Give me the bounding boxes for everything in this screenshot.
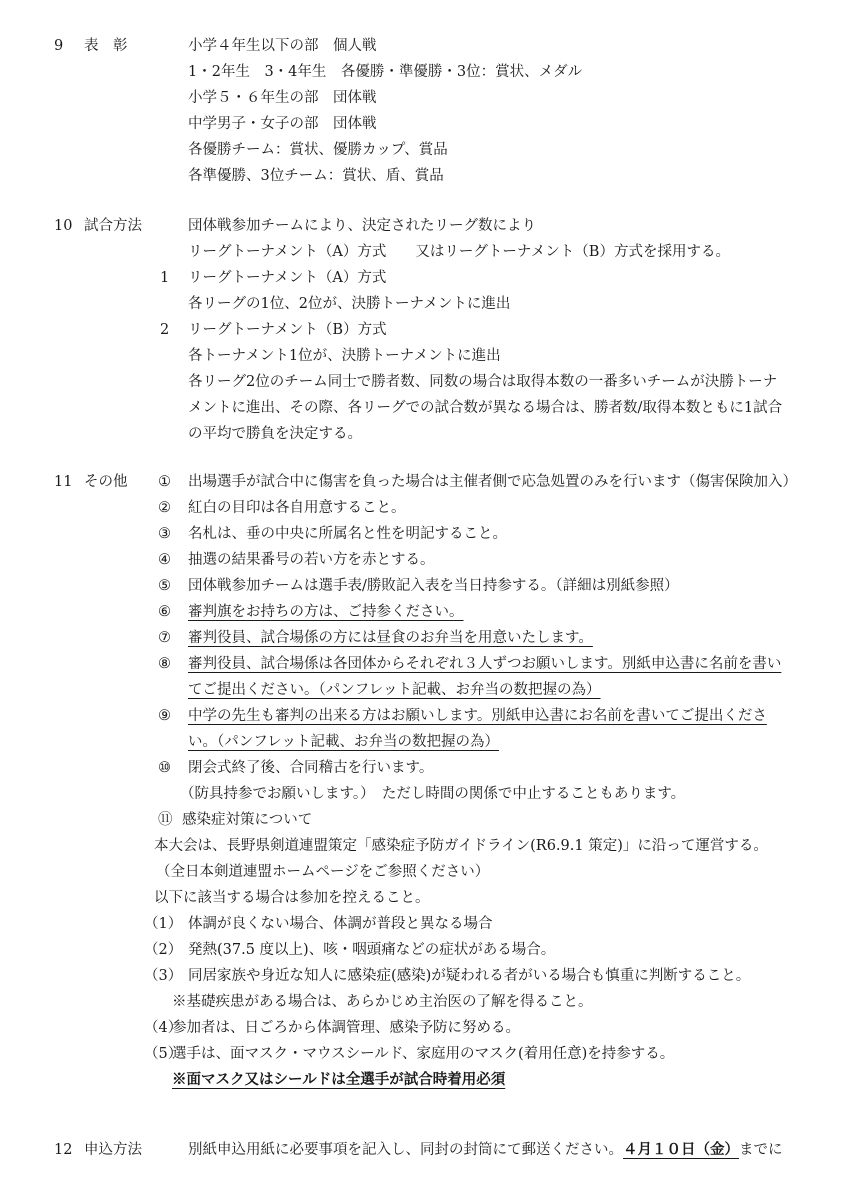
condition-text: 選手は、面マスク・マウスシールド、家庭用のマスク(着用任意)を持参する。 [172, 1044, 674, 1064]
section-number: 11 [54, 472, 72, 492]
intro-line: 団体戦参加チームにより、決定されたリーグ数により [188, 216, 536, 236]
condition-mark: （1） [144, 914, 182, 934]
item-text-underlined: てご提出ください。（パンフレット記載、お弁当の数把握の為） [188, 680, 601, 700]
guideline-text: （全日本剣道連盟ホームページをご参照ください） [156, 862, 489, 882]
item-mark: ③ [158, 524, 171, 544]
award-line: 中学男子・女子の部 団体戦 [188, 114, 377, 134]
item-mark: ④ [158, 550, 171, 570]
item-mark: ⑨ [158, 706, 171, 726]
item-mark: ⑪ [158, 810, 173, 830]
item-mark: ② [158, 498, 171, 518]
condition-note: ※基礎疾患がある場合は、あらかじめ主治医の了解を得ること。 [172, 992, 593, 1012]
item-text-underlined: 中学の先生も審判の出来る方はお願いします。別紙申込書にお名前を書いてご提出くださ [188, 706, 767, 726]
application-text: 別紙申込用紙に必要事項を記入し、同封の封筒にて郵送ください。 [188, 1142, 623, 1158]
section-number: 10 [54, 216, 72, 236]
item-text: 出場選手が試合中に傷害を負った場合は主催者側で応急処置のみを行います（傷害保険加… [188, 472, 797, 492]
item-mark: ⑧ [158, 654, 171, 674]
condition-text: 同居家族や身近な知人に感染症(感染)が疑われる者がいる場合も慎重に判断すること。 [188, 966, 750, 986]
award-line: 各準優勝、3位チーム：賞状、盾、賞品 [188, 166, 444, 186]
item-text: 閉会式終了後、合同稽古を行います。 [188, 758, 433, 778]
method-number: 1 [160, 268, 169, 288]
condition-mark: （3） [144, 966, 182, 986]
item-text-underlined: 審判役員、試合場係は各団体からそれぞれ３人ずつお願いします。別紙申込書に名前を書… [188, 654, 781, 674]
item-text: 団体戦参加チームは選手表/勝敗記入表を当日持参する。（詳細は別紙参照） [188, 576, 679, 596]
item-mark: ⑤ [158, 576, 171, 596]
condition-text: 参加者は、日ごろから体調管理、感染予防に努める。 [172, 1018, 520, 1038]
item-text-underlined: 審判役員、試合場係の方には昼食のお弁当を用意いたします。 [188, 628, 593, 648]
item-text: 名札は、垂の中央に所属名と性を明記すること。 [188, 524, 507, 544]
method-line: 各リーグ2位のチーム同士で勝者数、同数の場合は取得本数の一番多いチームが決勝トー… [188, 372, 777, 392]
item-mark: ⑥ [158, 602, 171, 622]
condition-text: 体調が良くない場合、体調が普段と異なる場合 [188, 914, 493, 934]
award-line: 小学４年生以下の部 個人戦 [188, 36, 377, 56]
guideline-text: 以下に該当する場合は参加を控えること。 [154, 888, 430, 908]
application-instructions: 別紙申込用紙に必要事項を記入し、同封の封筒にて郵送ください。４月１０日（金）まで… [188, 1140, 783, 1160]
method-title: リーグトーナメント（B）方式 [188, 320, 387, 340]
item-text-underlined: い。（パンフレット記載、お弁当の数把握の為） [188, 732, 499, 752]
item-mark: ① [158, 472, 171, 492]
item-mark: ⑩ [158, 758, 171, 778]
application-text-suffix: までに [739, 1142, 783, 1158]
deadline-date: ４月１０日（金） [623, 1141, 739, 1158]
section-title: 表 彰 [84, 36, 128, 56]
guideline-text: 本大会は、長野県剣道連盟策定「感染症予防ガイドライン(R6.9.1 策定)」に沿… [154, 836, 768, 856]
condition-text: 発熱(37.5 度以上)、咳・咽頭痛などの症状がある場合。 [188, 940, 555, 960]
item-text: （防具持参でお願いします。） ただし時間の関係で中止することもあります。 [180, 784, 685, 804]
section-title: 試合方法 [84, 216, 142, 236]
method-line: の平均で勝負を決定する。 [188, 424, 362, 444]
item-text-underlined: 審判旗をお持ちの方は、ご持参ください。 [176, 602, 464, 622]
method-title: リーグトーナメント（A）方式 [188, 268, 386, 288]
award-line: 小学５・６年生の部 団体戦 [188, 88, 377, 108]
section-title: その他 [84, 472, 128, 492]
condition-mark: （2） [144, 940, 182, 960]
item-text: 感染症対策について [182, 810, 312, 830]
method-line: メントに進出、その際、各リーグでの試合数が異なる場合は、勝者数/取得本数ともに1… [188, 398, 782, 418]
award-line: 各優勝チーム：賞状、優勝カップ、賞品 [188, 140, 448, 160]
method-number: 2 [160, 320, 169, 340]
method-line: 各トーナメント1位が、決勝トーナメントに進出 [188, 346, 501, 366]
mask-requirement-emphasis: ※面マスク又はシールドは全選手が試合時着用必須 [172, 1070, 505, 1090]
section-title: 申込方法 [84, 1140, 142, 1160]
intro-line: リーグトーナメント（A）方式 又はリーグトーナメント（B）方式を採用する。 [188, 242, 730, 262]
award-line: 1・2年生 3・4年生 各優勝・準優勝・3位：賞状、メダル [188, 62, 582, 82]
section-number: 9 [54, 36, 63, 56]
item-mark: ⑦ [158, 628, 171, 648]
item-text: 抽選の結果番号の若い方を赤とする。 [188, 550, 435, 570]
section-number: 12 [54, 1140, 72, 1160]
item-text: 紅白の目印は各自用意すること。 [188, 498, 406, 518]
method-line: 各リーグの1位、2位が、決勝トーナメントに進出 [188, 294, 510, 314]
